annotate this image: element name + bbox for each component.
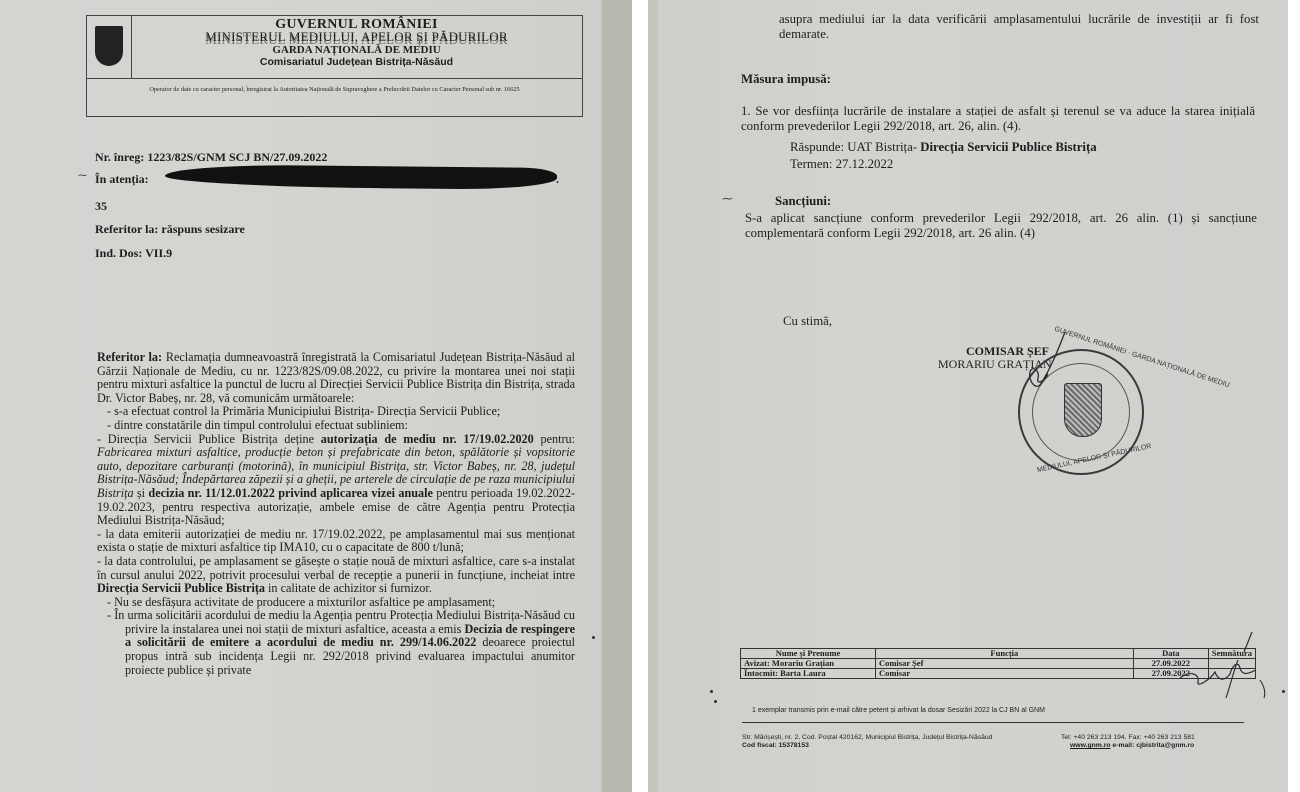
redaction-mark [165, 164, 557, 190]
romanian-coat-of-arms-icon [95, 26, 123, 66]
signature-icon [1010, 330, 1070, 400]
sanctions-text: S-a aplicat sancțiune conform prevederil… [745, 211, 1257, 241]
list-item: - Nu se desfășura activitate de producer… [97, 596, 575, 610]
paragraph-authorization: - Direcția Servicii Publice Bistrița deț… [97, 433, 575, 528]
page-edge [600, 0, 632, 792]
deadline: Termen: 27.12.2022 [790, 157, 893, 172]
footer-phone: Tel: +40 263 213 194, Fax: +40 263 213 5… [1061, 734, 1195, 742]
footer-divider [742, 722, 1244, 723]
registration-number: Nr. înreg: 1223/82S/GNM SCJ BN/27.09.202… [95, 150, 327, 165]
list-item: - s-a efectuat control la Primăria Munic… [97, 405, 575, 419]
letter-body: Referitor la: Reclamația dumneavoastră î… [97, 351, 575, 677]
imposed-measure-heading: Măsura impusă: [741, 72, 831, 87]
document-page-1: GUVERNUL ROMÂNIEI MINISTERUL MEDIULUI, A… [0, 0, 600, 792]
footer-fiscal-code: Cod fiscal: 15378153 [742, 742, 809, 750]
subject-line: Referitor la: răspuns sesizare [95, 222, 245, 237]
website-link[interactable]: www.gnm.ro [1070, 742, 1111, 749]
distribution-note: 1 exemplar transmis prin e-mail către pe… [752, 707, 1045, 714]
ministry-title: MINISTERUL MEDIULUI, APELOR ȘI PĂDURILOR… [131, 31, 582, 43]
responsible-party: Răspunde: UAT Bistrița- Direcția Servici… [790, 140, 1097, 155]
footer-address: Str. Mărișești, nr. 2, Cod. Poștal 42016… [742, 734, 992, 742]
list-item: - În urma solicitării acordului de mediu… [97, 609, 575, 677]
paragraph-new-station: - la data controlului, pe amplasament se… [97, 555, 575, 596]
data-operator-note: Operator de date cu caracter personal, î… [87, 86, 582, 93]
continuation-text: asupra mediului iar la data verificării … [779, 12, 1259, 42]
sanctions-heading: Sancțiuni: [775, 194, 831, 209]
ink-smudge: ⁓ [722, 192, 733, 205]
signature-icon [1160, 630, 1270, 700]
ink-smudge: ⁓ [78, 170, 87, 181]
attention-label: În atenția: [95, 172, 149, 187]
imposed-measure-item: 1. Se vor desființa lucrările de instala… [741, 104, 1255, 134]
paragraph-intro: Referitor la: Reclamația dumneavoastră î… [97, 351, 575, 405]
closing-salutation: Cu stimă, [783, 314, 832, 329]
county-office-title: Comisariatul Județean Bistrița-Năsăud [131, 56, 582, 68]
footer-contact: www.gnm.ro e-mail: cjbistrita@gnm.ro [1070, 742, 1194, 750]
email-link[interactable]: e-mail: cjbistrita@gnm.ro [1111, 742, 1195, 749]
address-continuation: 35 [95, 199, 107, 214]
letterhead: GUVERNUL ROMÂNIEI MINISTERUL MEDIULUI, A… [86, 15, 583, 117]
paragraph-existing-station: - la data emiterii autorizației de mediu… [97, 528, 575, 555]
file-index: Ind. Dos: VII.9 [95, 246, 172, 261]
list-item: - dintre constatările din timpul control… [97, 419, 575, 433]
